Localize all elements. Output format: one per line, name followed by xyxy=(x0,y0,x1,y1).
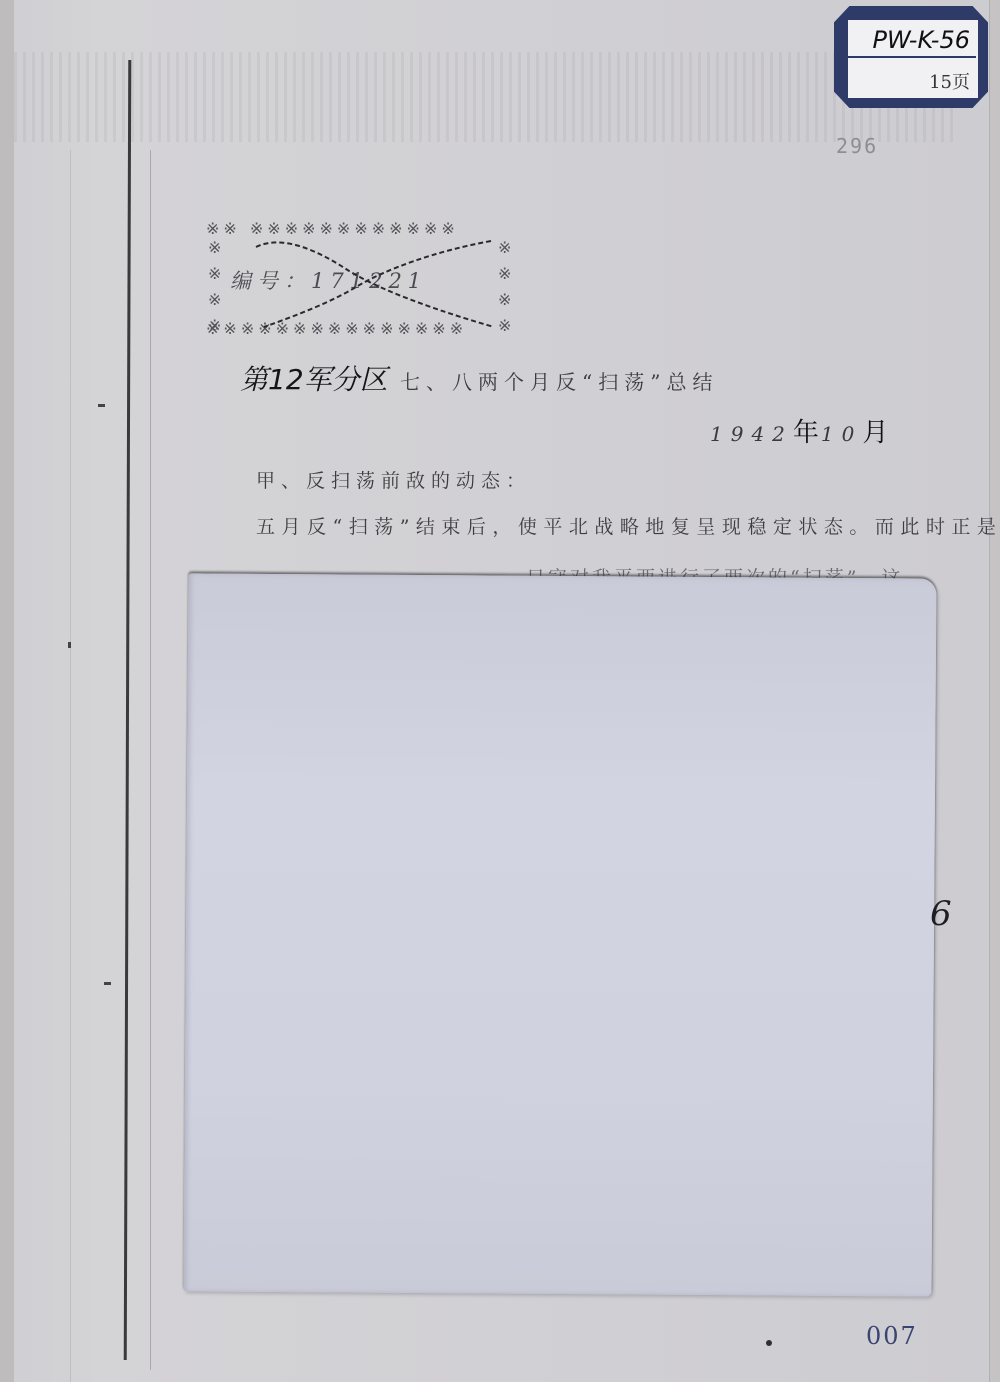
serial-number-stamp: ※※ ※※※※※※※※※※※※ ※※※※※※※※※※※※※※※ ※※※※ ※※※… xyxy=(206,215,522,339)
blank-cover-sheet xyxy=(184,573,937,1296)
archive-number: 296 xyxy=(836,134,878,158)
punch-mark xyxy=(104,982,111,985)
archive-label: PW-K-56 15页 xyxy=(846,18,980,100)
archive-code: PW-K-56 xyxy=(848,26,976,58)
punch-mark xyxy=(68,642,71,648)
date-month-char: 月 xyxy=(862,418,890,448)
folio-number: 007 xyxy=(866,1322,918,1350)
title-printed: 七、八两个月反“扫荡”总结 xyxy=(400,370,718,394)
archive-page-count: 15页 xyxy=(929,68,970,94)
document-date: 1942年10月 xyxy=(710,412,890,449)
paragraph-line-1: 五月反“扫荡”结束后，使平北战略地复呈现稳定状态。而此时正是 xyxy=(256,512,1000,539)
cross-out-mark xyxy=(236,229,506,329)
punch-mark xyxy=(98,404,105,407)
page-right-edge xyxy=(989,0,1000,1382)
page-left-edge xyxy=(0,0,14,1382)
date-year: 1942 xyxy=(710,422,793,446)
ink-dot xyxy=(766,1340,772,1346)
scanned-document-page: PW-K-56 15页 296 ※※ ※※※※※※※※※※※※ ※※※※※※※※… xyxy=(0,0,1000,1382)
date-month: 10 xyxy=(821,422,862,446)
title-handwritten-unit: 第12军分区 xyxy=(240,363,388,396)
margin-handwritten-mark: 6 xyxy=(930,894,952,934)
section-heading: 甲、反扫荡前敌的动态： xyxy=(256,466,531,493)
document-title: 第12军分区 七、八两个月反“扫荡”总结 xyxy=(240,358,718,398)
faint-margin-line xyxy=(150,150,151,1370)
bleed-through-text xyxy=(14,52,954,142)
date-year-char: 年 xyxy=(793,418,821,448)
stamp-border-left: ※※※※ xyxy=(208,235,228,339)
